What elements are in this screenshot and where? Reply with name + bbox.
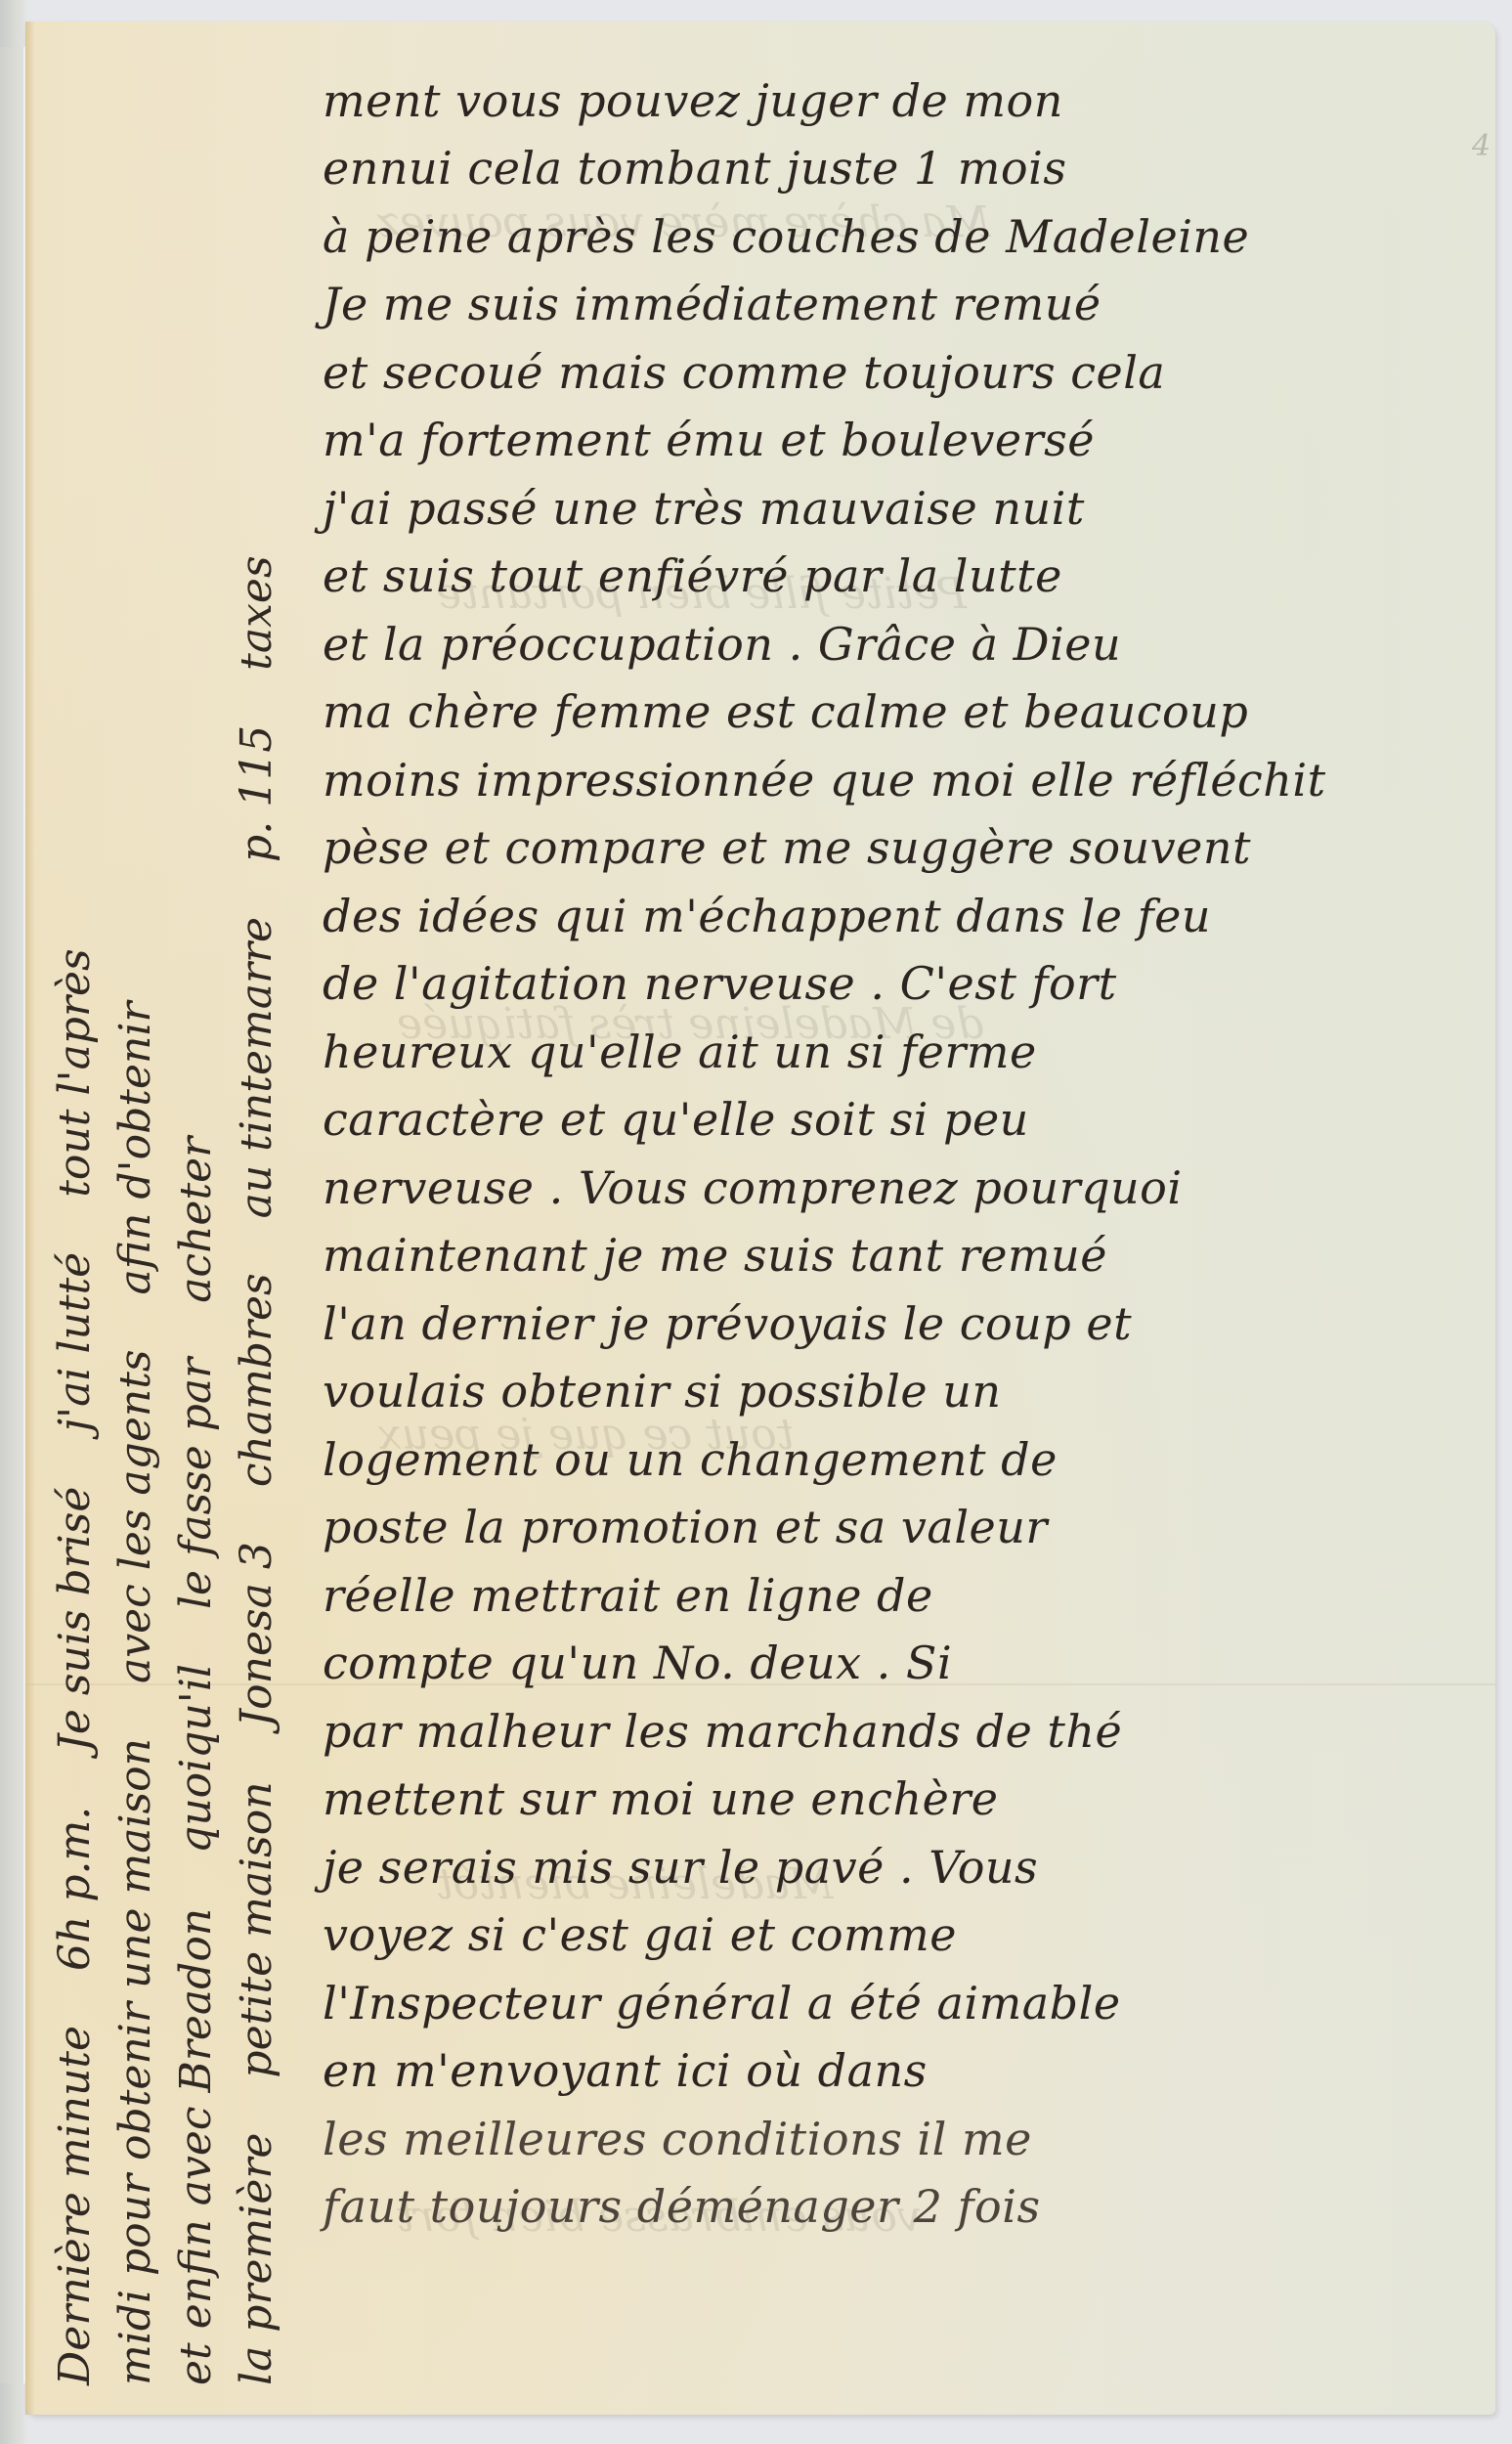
margin-segment: midi pour obtenir une maison bbox=[110, 1738, 160, 2385]
text-line: compte qu'un No. deux . Si bbox=[323, 1622, 1447, 1690]
text-line: et la préoccupation . Grâce à Dieu bbox=[323, 602, 1447, 671]
underlying-sheet bbox=[0, 47, 26, 2383]
text-line: pèse et compare et me suggère souvent bbox=[323, 807, 1447, 875]
text-line: maintenant je me suis tant remué bbox=[323, 1214, 1447, 1283]
text-line: m'a fortement ému et bouleversé bbox=[323, 399, 1447, 467]
text-line: et secoué mais comme toujours cela bbox=[323, 330, 1447, 399]
text-line: ment vous pouvez juger de mon bbox=[323, 59, 1447, 127]
margin-segment: acheter bbox=[171, 1137, 221, 1303]
margin-segment: et enfin avec Breadon bbox=[171, 1908, 221, 2385]
margin-postscript: Dernière minute 6h p.m. Je suis brisé j'… bbox=[39, 39, 332, 2385]
margin-segment: p. 115 bbox=[232, 725, 281, 862]
text-line: logement ou un changement de bbox=[323, 1418, 1447, 1486]
margin-segment: quoiqu'il bbox=[171, 1664, 221, 1854]
margin-segment: afin d'obtenir bbox=[110, 1002, 160, 1295]
text-line: les meilleures conditions il me bbox=[323, 2097, 1447, 2165]
text-line: voyez si c'est gai et comme bbox=[323, 1894, 1447, 1962]
text-line: poste la promotion et sa valeur bbox=[323, 1486, 1447, 1554]
letter-body: ment vous pouvez juger de mon ennui cela… bbox=[323, 59, 1447, 2233]
margin-segment: Dernière minute bbox=[50, 2026, 100, 2385]
text-line: ma chère femme est calme et beaucoup bbox=[323, 671, 1447, 739]
photo-scene: Ma chère mère vous pouvez Petite fille b… bbox=[0, 0, 1512, 2444]
margin-segment: taxes bbox=[232, 555, 281, 670]
text-line: l'Inspecteur général a été aimable bbox=[323, 1961, 1447, 2029]
margin-line: et enfin avec Breadon quoiqu'il le fasse… bbox=[160, 39, 221, 2385]
text-line: nerveuse . Vous comprenez pourquoi bbox=[323, 1146, 1447, 1214]
text-line: réelle mettrait en ligne de bbox=[323, 1553, 1447, 1622]
margin-segment: la première bbox=[232, 2133, 281, 2385]
text-line: heureux qu'elle ait un si ferme bbox=[323, 1010, 1447, 1078]
margin-segment: le fasse par bbox=[171, 1358, 221, 1609]
margin-segment: j'ai lutté bbox=[50, 1252, 100, 1432]
margin-line: Dernière minute 6h p.m. Je suis brisé j'… bbox=[39, 39, 100, 2385]
text-line: je serais mis sur le pavé . Vous bbox=[323, 1825, 1447, 1894]
text-line: mettent sur moi une enchère bbox=[323, 1758, 1447, 1826]
text-line: Je me suis immédiatement remué bbox=[323, 263, 1447, 331]
margin-line: midi pour obtenir une maison avec les ag… bbox=[100, 39, 160, 2385]
text-line: de l'agitation nerveuse . C'est fort bbox=[323, 942, 1447, 1011]
text-line: en m'envoyant ici où dans bbox=[323, 2029, 1447, 2098]
text-line: moins impressionnée que moi elle réfléch… bbox=[323, 738, 1447, 807]
margin-segment: au tintemarre bbox=[232, 917, 281, 1218]
margin-segment: chambres bbox=[232, 1273, 281, 1487]
text-line: faut toujours déménager 2 fois bbox=[323, 2165, 1447, 2234]
margin-segment: Jonesa 3 bbox=[232, 1542, 281, 1726]
text-line: ennui cela tombant juste 1 mois bbox=[323, 127, 1447, 196]
text-line: par malheur les marchands de thé bbox=[323, 1689, 1447, 1758]
text-line: l'an dernier je prévoyais le coup et bbox=[323, 1282, 1447, 1350]
text-line: à peine après les couches de Madeleine bbox=[323, 195, 1447, 263]
margin-segment: 6h p.m. bbox=[50, 1807, 100, 1971]
text-line: voulais obtenir si possible un bbox=[323, 1350, 1447, 1418]
text-line: caractère et qu'elle soit si peu bbox=[323, 1078, 1447, 1147]
text-line: et suis tout enfiévré par la lutte bbox=[323, 535, 1447, 603]
margin-segment: petite maison bbox=[232, 1781, 281, 2077]
margin-segment: avec les agents bbox=[110, 1350, 160, 1683]
margin-segment: tout l'après bbox=[50, 948, 100, 1197]
margin-line: la première petite maison Jonesa 3 chamb… bbox=[221, 39, 281, 2385]
margin-segment: Je suis brisé bbox=[50, 1487, 100, 1752]
text-line: j'ai passé une très mauvaise nuit bbox=[323, 466, 1447, 535]
corner-page-mark: 4 bbox=[1472, 129, 1490, 163]
text-line: des idées qui m'échappent dans le feu bbox=[323, 874, 1447, 942]
